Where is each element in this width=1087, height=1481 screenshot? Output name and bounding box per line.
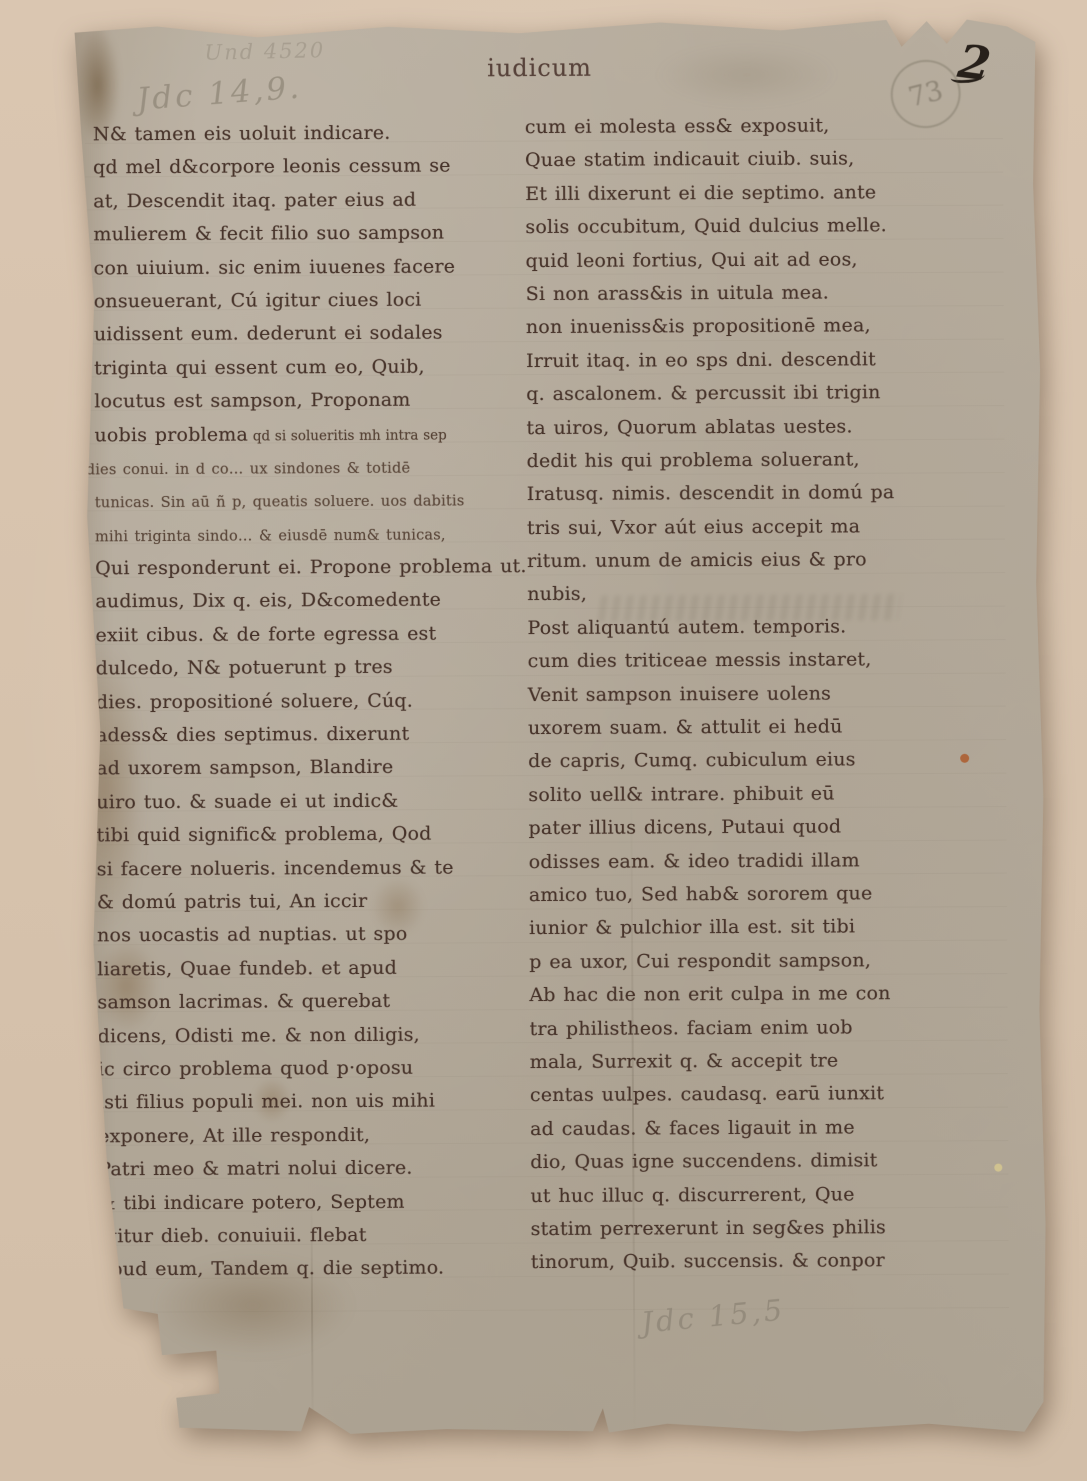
wax-spot — [994, 1164, 1002, 1172]
line-text: ut huc illuc q. discurrerent, Que — [530, 1183, 854, 1207]
line-text: mulierem & fecit filio suo sampson — [93, 222, 444, 246]
manuscript-line: ad uxorem sampson, Blandire — [96, 750, 534, 786]
manuscript-line: solis occubitum, Quid dulcius melle. — [525, 209, 975, 245]
manuscript-line: uobis problema qd si solueritis mh intra… — [94, 417, 532, 453]
manuscript-line: si facere nolueris. incendemus & te — [97, 851, 535, 887]
manuscript-line: uiro tuo. & suade ei ut indic& — [96, 784, 534, 820]
line-text: con uiuium. sic enim iuuenes facere — [94, 255, 456, 279]
manuscript-line: isti filius populi mei. non uis mihi — [98, 1084, 536, 1120]
manuscript-line: mala, Surrexit q. & accepit tre — [530, 1044, 980, 1080]
line-text: audimus, Dix q. eis, D&comedente — [95, 589, 441, 613]
line-text: nos uocastis ad nuptias. ut spo — [97, 923, 407, 947]
manuscript-photo: { "page": { "header_title": "iudicum", "… — [0, 0, 1087, 1481]
manuscript-line: ic circo problema quod p·oposu — [98, 1051, 536, 1087]
manuscript-line: tinorum, Quib. succensis. & conpor — [531, 1244, 981, 1280]
manuscript-line: uxorem suam. & attulit ei hedū — [528, 710, 978, 746]
line-text: uiro tuo. & suade ei ut indic& — [96, 790, 398, 814]
manuscript-line: dedit his qui problema soluerant, — [527, 443, 977, 479]
manuscript-line: Ab hac die non erit culpa in me con — [529, 977, 979, 1013]
line-text: statim perrexerunt in seg&es philis — [531, 1216, 886, 1240]
manuscript-line: Qui responderunt ei. Propone problema ut… — [95, 550, 533, 586]
line-text: samson lacrimas. & querebat — [97, 990, 390, 1014]
line-text: cum ei molesta ess& exposuit, — [525, 114, 830, 138]
manuscript-line: ut huc illuc q. discurrerent, Que — [530, 1177, 980, 1213]
manuscript-line: nos uocastis ad nuptias. ut spo — [97, 917, 535, 953]
line-text: ad uxorem sampson, Blandire — [96, 756, 393, 780]
line-text: tris sui, Vxor aút eius accepit ma — [527, 515, 860, 539]
manuscript-line: liaretis, Quae fundeb. et apud — [97, 951, 535, 987]
line-text: igitur dieb. conuiuii. flebat — [99, 1224, 367, 1247]
manuscript-line: quid leoni fortius, Qui ait ad eos, — [525, 242, 975, 278]
line-text: solito uell& intrare. phibuit eū — [528, 782, 834, 806]
line-text: dicens, Odisti me. & non diligis, — [98, 1023, 420, 1047]
manuscript-line: tra philistheos. faciam enim uob — [529, 1010, 979, 1046]
manuscript-line: at, Descendit itaq. pater eius ad — [93, 183, 531, 219]
line-text: uxorem suam. & attulit ei hedū — [528, 715, 843, 739]
manuscript-line: mulierem & fecit filio suo sampson — [93, 216, 531, 252]
interlinear-insert: qd si solueritis mh intra sep — [248, 427, 447, 444]
line-text: & domú patris tui, An iccir — [97, 890, 367, 913]
line-text: onsueuerant, Cú igitur ciues loci — [94, 289, 422, 313]
parchment-sheet: iudicum Und 4520 Jdc 14,9. 2 73 N& tamen… — [36, 13, 1049, 1442]
line-text: uidissent eum. dederunt ei sodales — [94, 322, 443, 346]
manuscript-line: audimus, Dix q. eis, D&comedente — [95, 584, 533, 620]
manuscript-line: onsueuerant, Cú igitur ciues loci — [94, 283, 532, 319]
manuscript-line: ta uiros, Quorum ablatas uestes. — [526, 409, 976, 445]
manuscript-line: solito uell& intrare. phibuit eū — [528, 777, 978, 813]
line-text: non inueniss&is propositionē mea, — [526, 315, 871, 339]
folio-number-ink: 2 — [955, 34, 994, 92]
line-text: at, Descendit itaq. pater eius ad — [93, 188, 416, 212]
manuscript-line: & domú patris tui, An iccir — [97, 884, 535, 920]
line-text: Patri meo & matri nolui dicere. — [98, 1157, 412, 1181]
manuscript-line: triginta qui essent cum eo, Quib, — [94, 350, 532, 386]
line-text: tē dies conui. in d co… ux sindones & to… — [65, 461, 411, 479]
line-text: ritum. unum de amicis eius & pro — [527, 548, 867, 572]
manuscript-line: adess& dies septimus. dixerunt — [96, 717, 534, 753]
line-text: odisses eam. & ideo tradidi illam — [529, 849, 860, 873]
line-text: ta uiros, Quorum ablatas uestes. — [526, 415, 852, 439]
line-text: tunicas. Sin aū ñ p, queatis soluere. uo… — [95, 494, 465, 512]
manuscript-line: uidissent eum. dederunt ei sodales — [94, 316, 532, 352]
line-text: q. ascalonem. & percussit ibi trigin — [526, 381, 880, 405]
line-text: uobis problema — [94, 423, 248, 446]
manuscript-line: dio, Quas igne succendens. dimisit — [530, 1144, 980, 1180]
manuscript-line: N& tamen eis uoluit indicare. — [93, 116, 531, 152]
line-text: Quae statim indicauit ciuib. suis, — [525, 148, 854, 172]
line-text: tra philistheos. faciam enim uob — [530, 1016, 853, 1040]
line-text: exponere, At ille respondit, — [98, 1124, 370, 1147]
line-text: dies. propositioné soluere, Cúq. — [96, 689, 413, 713]
line-text: Ab hac die non erit culpa in me con — [529, 982, 890, 1006]
line-text: tinorum, Quib. succensis. & conpor — [531, 1249, 885, 1273]
line-text: tibi quid signific& problema, Qod — [96, 823, 431, 847]
line-text: ad caudas. & faces ligauit in me — [530, 1116, 855, 1140]
line-text: pater illius dicens, Putaui quod — [528, 816, 841, 840]
manuscript-line: dies. propositioné soluere, Cúq. — [96, 684, 534, 720]
line-text: Qui responderunt ei. Propone problema ut… — [95, 555, 527, 579]
manuscript-line: Si non arass&is in uitula mea. — [526, 276, 976, 312]
manuscript-line: iunior & pulchior illa est. sit tibi — [529, 910, 979, 946]
manuscript-line: Venit sampson inuisere uolens — [528, 676, 978, 712]
stamp-number: 73 — [905, 75, 946, 114]
manuscript-line: tunicas. Sin aū ñ p, queatis soluere. uo… — [95, 483, 533, 519]
line-text: Si non arass&is in uitula mea. — [526, 281, 829, 305]
line-text: isti filius populi mei. non uis mihi — [98, 1090, 435, 1114]
manuscript-line: centas uulpes. caudasq. earū iunxit — [530, 1077, 980, 1113]
manuscript-line: dulcedo, N& potuerunt p tres — [96, 650, 534, 686]
line-text: mihi triginta sindo… & eiusdē num& tunic… — [95, 527, 446, 545]
line-text: mala, Surrexit q. & accepit tre — [530, 1049, 839, 1073]
line-text: dio, Quas igne succendens. dimisit — [530, 1149, 877, 1173]
line-text: cum dies triticeae messis instaret, — [528, 649, 872, 673]
manuscript-line: cum ei molesta ess& exposuit, — [525, 109, 975, 145]
manuscript-line: Patri meo & matri nolui dicere. — [98, 1151, 536, 1187]
line-text: Post aliquantú autem. temporis. — [527, 615, 846, 639]
line-text: ic circo problema quod p·oposu — [98, 1057, 414, 1081]
line-text: Venit sampson inuisere uolens — [528, 682, 831, 706]
line-text: si facere nolueris. incendemus & te — [97, 856, 454, 880]
manuscript-line: statim perrexerunt in seg&es philis — [531, 1211, 981, 1247]
manuscript-line: samson lacrimas. & querebat — [97, 984, 535, 1020]
line-text: amico tuo, Sed hab& sororem que — [529, 882, 873, 906]
line-text: triginta qui essent cum eo, Quib, — [94, 355, 425, 379]
manuscript-line: exponere, At ille respondit, — [98, 1118, 536, 1154]
line-text: & tibi indicare potero, Septem — [98, 1190, 404, 1214]
manuscript-line: Quae statim indicauit ciuib. suis, — [525, 142, 975, 178]
line-text: exiit cibus. & de forte egressa est — [95, 622, 436, 646]
manuscript-line: de capris, Cumq. cubiculum eius — [528, 743, 978, 779]
line-text: p ea uxor, Cui respondit sampson, — [529, 949, 871, 973]
manuscript-line: Iratusq. nimis. descendit in domú pa — [527, 476, 977, 512]
manuscript-line: q. ascalonem. & percussit ibi trigin — [526, 376, 976, 412]
line-text: de capris, Cumq. cubiculum eius — [528, 749, 856, 773]
line-text: liaretis, Quae fundeb. et apud — [97, 957, 397, 981]
manuscript-line: tris sui, Vxor aút eius accepit ma — [527, 509, 977, 545]
line-text: Et illi dixerunt ei die septimo. ante — [525, 181, 876, 205]
line-text: dedit his qui problema soluerant, — [527, 448, 860, 472]
manuscript-line: ritum. unum de amicis eius & pro — [527, 543, 977, 579]
manuscript-line: non inueniss&is propositionē mea, — [526, 309, 976, 345]
manuscript-line: p ea uxor, Cui respondit sampson, — [529, 943, 979, 979]
manuscript-line: mihi triginta sindo… & eiusdē num& tunic… — [95, 517, 533, 553]
line-text: N& tamen eis uoluit indicare. — [93, 122, 391, 146]
line-text: solis occubitum, Quid dulcius melle. — [525, 214, 887, 238]
line-text: apud eum, Tandem q. die septimo. — [99, 1257, 445, 1281]
line-text: quid leoni fortius, Qui ait ad eos, — [525, 248, 857, 272]
parchment-surface: iudicum Und 4520 Jdc 14,9. 2 73 N& tamen… — [36, 13, 1049, 1442]
manuscript-line: odisses eam. & ideo tradidi illam — [529, 843, 979, 879]
photo-background: iudicum Und 4520 Jdc 14,9. 2 73 N& tamen… — [0, 0, 1087, 1481]
pencil-chapter-note-bottom: Jdc 15,5 — [640, 1293, 787, 1340]
manuscript-line: nubis, — [527, 576, 977, 612]
pencil-shelfmark: Und 4520 — [204, 38, 325, 65]
manuscript-line: ad caudas. & faces ligauit in me — [530, 1110, 980, 1146]
manuscript-line: cum dies triticeae messis instaret, — [528, 643, 978, 679]
manuscript-line: con uiuium. sic enim iuuenes facere — [94, 250, 532, 286]
line-text: Irruit itaq. in eo sps dni. descendit — [526, 348, 876, 372]
manuscript-line: Post aliquantú autem. temporis. — [527, 610, 977, 646]
manuscript-line: & tibi indicare potero, Septem — [98, 1185, 536, 1221]
manuscript-line: igitur dieb. conuiuii. flebat — [99, 1218, 537, 1254]
line-text: dulcedo, N& potuerunt p tres — [96, 656, 393, 680]
manuscript-line: Irruit itaq. in eo sps dni. descendit — [526, 342, 976, 378]
line-text: nubis, — [527, 583, 587, 605]
manuscript-line: Et illi dixerunt ei die septimo. ante — [525, 176, 975, 212]
line-text: iunior & pulchior illa est. sit tibi — [529, 916, 855, 940]
manuscript-line: tē dies conui. in d co… ux sindones & to… — [65, 450, 533, 486]
manuscript-line: qd mel d&corpore leonis cessum se — [93, 149, 531, 185]
manuscript-line: locutus est sampson, Proponam — [94, 383, 532, 419]
text-column-left: N& tamen eis uoluit indicare.qd mel d&co… — [93, 116, 537, 1287]
line-text: Iratusq. nimis. descendit in domú pa — [527, 481, 895, 505]
manuscript-line: pater illius dicens, Putaui quod — [528, 810, 978, 846]
manuscript-line: amico tuo, Sed hab& sororem que — [529, 877, 979, 913]
line-text: qd mel d&corpore leonis cessum se — [93, 155, 451, 179]
text-column-right: cum ei molesta ess& exposuit,Quae statim… — [525, 109, 981, 1280]
line-text: adess& dies septimus. dixerunt — [96, 723, 409, 747]
manuscript-line: apud eum, Tandem q. die septimo. — [99, 1251, 537, 1287]
line-text: centas uulpes. caudasq. earū iunxit — [530, 1083, 884, 1107]
line-text: locutus est sampson, Proponam — [94, 389, 410, 413]
manuscript-line: tibi quid signific& problema, Qod — [96, 817, 534, 853]
manuscript-line: exiit cibus. & de forte egressa est — [95, 617, 533, 653]
manuscript-line: dicens, Odisti me. & non diligis, — [98, 1018, 536, 1054]
